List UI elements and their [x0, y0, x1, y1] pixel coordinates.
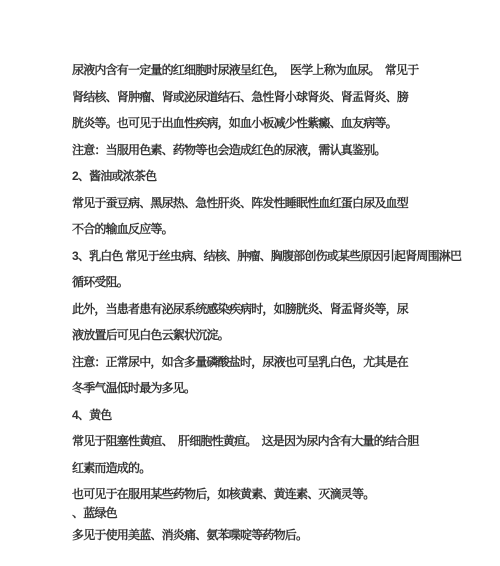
text-line: 肾结核、肾肿瘤、肾或泌尿道结石、急性肾小球肾炎、肾盂肾炎、膀 — [72, 84, 490, 111]
text-line: 液放置后可见白色云絮状沉淀。 — [72, 322, 490, 349]
text-line: 注意：当服用色素、药物等也会造成红色的尿液，需认真鉴别。 — [72, 137, 490, 164]
text-line: 常见于蚕豆病、黑尿热、急性肝炎、阵发性睡眠性血红蛋白尿及血型 — [72, 190, 490, 217]
section-heading-yellow: 4、黄色 — [72, 402, 490, 429]
text-line: 循环受阻。 — [72, 269, 490, 296]
text-line: 冬季气温低时最为多见。 — [72, 375, 490, 402]
text-line: 不合的输血反应等。 — [72, 216, 490, 243]
text-line: 胱炎等。也可见于出血性疾病，如血小板减少性紫癜、血友病等。 — [72, 110, 490, 137]
text-line: 尿液内含有一定量的红细胞时尿液呈红色， 医学上称为血尿。 常见于 — [72, 57, 490, 84]
text-line: 注意：正常尿中，如含多量磷酸盐时，尿液也可呈乳白色，尤其是在 — [72, 349, 490, 376]
text-line: 多见于使用美蓝、消炎痛、氨苯喋啶等药物后。 — [72, 522, 490, 549]
document-page: 尿液内含有一定量的红细胞时尿液呈红色， 医学上称为血尿。 常见于 肾结核、肾肿瘤… — [0, 0, 500, 566]
text-line: 此外，当患者患有泌尿系统感染疾病时，如膀胱炎、肾盂肾炎等，尿 — [72, 296, 490, 323]
section-heading-soy-color: 2、酱油或浓茶色 — [72, 163, 490, 190]
text-line: 红素而造成的。 — [72, 455, 490, 482]
section-heading-milky-white: 3、乳白色 常见于丝虫病、结核、肿瘤、胸腹部创伤或某些原因引起肾周围淋巴 — [72, 243, 490, 270]
text-line: 常见于阻塞性黄疸、 肝细胞性黄疸。 这是因为尿内含有大量的结合胆 — [72, 428, 490, 455]
